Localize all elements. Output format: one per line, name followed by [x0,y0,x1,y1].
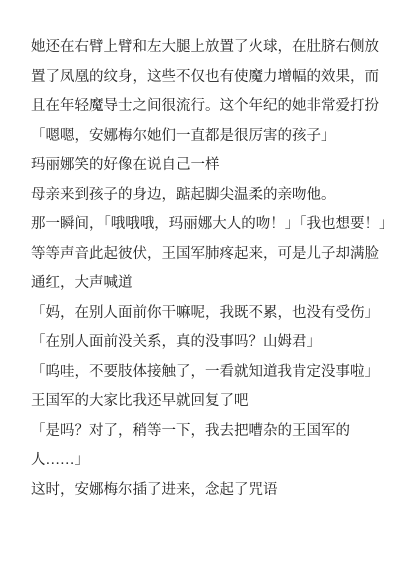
text-line: 「嗯嗯，安娜梅尔她们一直都是很厉害的孩子」 [31,122,376,152]
text-line: 「是吗？对了，稍等一下，我去把嘈杂的王国军的 [31,417,376,447]
text-line: 她还在右臂上臂和左大腿上放置了火球，在肚脐右侧放 [31,33,376,63]
text-line: 那一瞬间，「哦哦哦，玛丽娜大人的吻！」「我也想要！」 [31,210,376,240]
reader-page: 她还在右臂上臂和左大腿上放置了火球，在肚脐右侧放置了凤凰的纹身，这些不仅也有使魔… [0,0,400,567]
text-line: 人……」 [31,446,376,476]
text-content: 她还在右臂上臂和左大腿上放置了火球，在肚脐右侧放置了凤凰的纹身，这些不仅也有使魔… [31,33,376,505]
text-line: 玛丽娜笑的好像在说自己一样 [31,151,376,181]
text-line: 通红，大声喊道 [31,269,376,299]
text-line: 母亲来到孩子的身边，踮起脚尖温柔的亲吻他。 [31,181,376,211]
text-line: 「在别人面前没关系，真的没事吗？山姆君」 [31,328,376,358]
text-line: 这时，安娜梅尔插了进来，念起了咒语 [31,476,376,506]
text-line: 「呜哇，不要肢体接触了，一看就知道我肯定没事啦」 [31,358,376,388]
text-line: 等等声音此起彼伏，王国军肺疼起来，可是儿子却满脸 [31,240,376,270]
text-line: 「妈，在别人面前你干嘛呢，我既不累，也没有受伤」 [31,299,376,329]
text-line: 且在年轻魔导士之间很流行。这个年纪的她非常爱打扮 [31,92,376,122]
text-line: 置了凤凰的纹身，这些不仅也有使魔力增幅的效果，而 [31,63,376,93]
text-line: 王国军的大家比我还早就回复了吧 [31,387,376,417]
